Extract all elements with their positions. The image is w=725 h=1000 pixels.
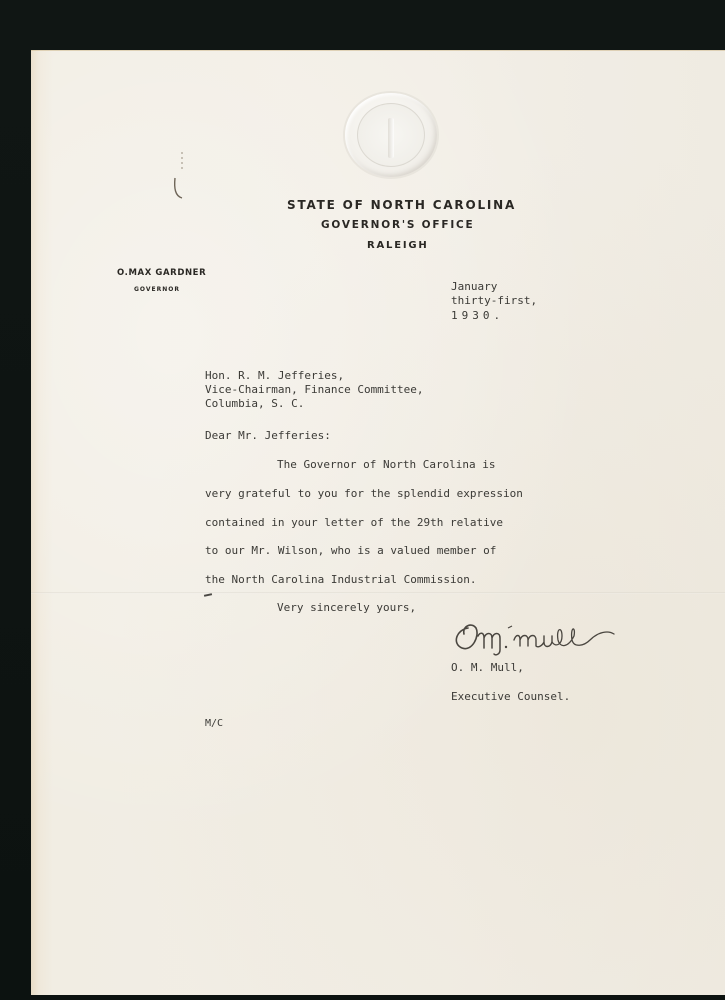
scanned-document: STATE OF NORTH CAROLINA GOVERNOR'S OFFIC… xyxy=(0,0,725,1000)
reference-initials: M/C xyxy=(205,717,223,731)
recipient-title: Vice-Chairman, Finance Committee, xyxy=(205,383,424,397)
recipient-location: Columbia, S. C. xyxy=(205,397,304,411)
letterhead-city: RALEIGH xyxy=(367,240,429,251)
signer-title: Executive Counsel. xyxy=(451,690,570,704)
body-line: contained in your letter of the 29th rel… xyxy=(205,516,503,530)
letterhead-office: GOVERNOR'S OFFICE xyxy=(321,219,475,231)
letterhead-governor-title: GOVERNOR xyxy=(134,286,180,293)
letterhead-state: STATE OF NORTH CAROLINA xyxy=(287,198,516,212)
closing: Very sincerely yours, xyxy=(277,601,416,615)
seal-center xyxy=(357,103,425,167)
salutation: Dear Mr. Jefferies: xyxy=(205,429,331,443)
letterhead-governor-name: O.MAX GARDNER xyxy=(117,268,206,278)
pencil-mark-icon xyxy=(172,150,186,200)
date-year: 1930. xyxy=(451,309,504,323)
embossed-seal-icon xyxy=(345,93,437,177)
handwritten-signature-icon xyxy=(450,614,620,658)
body-line: very grateful to you for the splendid ex… xyxy=(205,487,523,501)
body-line: the North Carolina Industrial Commission… xyxy=(205,573,477,587)
date-day: thirty-first, xyxy=(451,294,537,308)
recipient-name: Hon. R. M. Jefferies, xyxy=(205,369,344,383)
body-line: The Governor of North Carolina is xyxy=(277,458,496,472)
signer-name: O. M. Mull, xyxy=(451,661,524,675)
date-month: January xyxy=(451,280,497,294)
seal-figure xyxy=(388,118,394,158)
body-line: to our Mr. Wilson, who is a valued membe… xyxy=(205,544,496,558)
